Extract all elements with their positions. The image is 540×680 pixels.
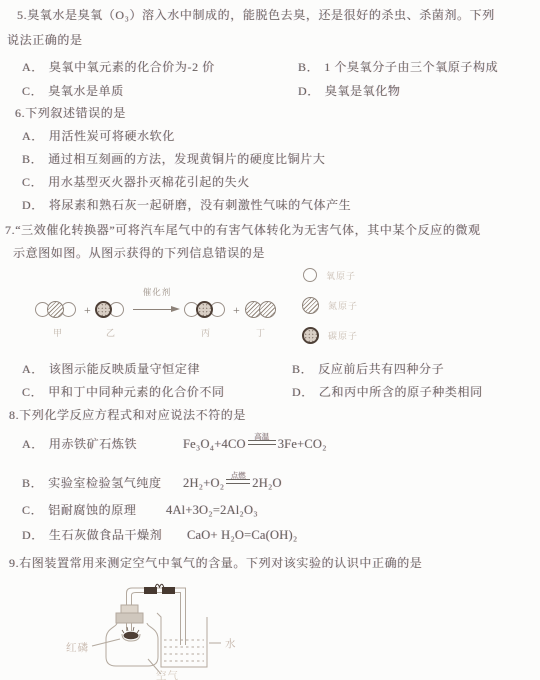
option-desc: 实验室检验氢气纯度: [48, 476, 161, 490]
legend-oxygen: 氧原子: [303, 268, 356, 282]
oxygen-atom-icon: [303, 268, 317, 282]
option-label: A．: [22, 60, 44, 74]
q5-option-b: B．1 个臭氧分子由三个氧原子构成: [298, 60, 498, 75]
molecule-yi: [95, 301, 124, 318]
nitrogen-atom-icon: [47, 301, 64, 318]
q8-option-a: A．用赤铁矿石炼铁 Fe₃O₄+4CO高温3Fe+CO₂: [22, 437, 522, 452]
q5-stem-line2: 说法正确的是: [7, 33, 83, 48]
molecule-ding: [245, 301, 276, 318]
legend-nitrogen: 氮原子: [302, 297, 358, 314]
molecule-jia: [35, 301, 76, 318]
molecule-caption: 乙: [106, 326, 116, 339]
option-text: 臭氧是氧化物: [325, 84, 401, 98]
rubber-stopper: [116, 605, 143, 623]
option-text: 将尿素和熟石灰一起研磨，没有刺激性气味的气体产生: [49, 198, 351, 212]
option-text: 乙和丙中所含的原子种类相同: [319, 385, 483, 399]
q7-stem-line2: 示意图如图。从图示获得的下列信息错误的是: [13, 246, 265, 261]
plus-sign: +: [84, 303, 91, 318]
legend-label: 碳原子: [328, 329, 358, 342]
option-label: C．: [22, 175, 43, 189]
option-label: A．: [22, 362, 44, 376]
option-text: 该图示能反映质量守恒定律: [49, 362, 200, 376]
q6-option-b: B．通过相互刻画的方法，发现黄铜片的硬度比铜片大: [22, 152, 325, 167]
option-text: 用活性炭可将硬水软化: [49, 129, 175, 143]
option-label: C．: [22, 84, 43, 98]
q7-option-c: C．甲和丁中同种元素的化合价不同: [22, 385, 225, 400]
option-text: 通过相互刻画的方法，发现黄铜片的硬度比铜片大: [48, 152, 325, 166]
chemical-equation: Fe₃O₄+4CO高温3Fe+CO₂: [183, 437, 327, 452]
legend-label: 氧原子: [326, 269, 356, 282]
option-label: D．: [292, 385, 314, 399]
option-label: B．: [292, 362, 313, 376]
chemical-equation: 4Al+3O₂=2Al₂O₃: [166, 503, 258, 518]
legend-label: 氮原子: [328, 299, 358, 312]
nitrogen-atom-icon: [302, 297, 319, 314]
nitrogen-atom-icon: [259, 301, 276, 318]
q5-stem-line1: 5.臭氧水是臭氧（O₃）溶入水中制成的，能脱色去臭，还是很好的杀虫、杀菌剂。下列: [17, 8, 495, 23]
option-desc: 铝耐腐蚀的原理: [48, 503, 136, 517]
q6-stem: 6.下列叙述错误的是: [15, 106, 126, 121]
q6-option-c: C．用水基型灭火器扑灭棉花引起的失火: [22, 175, 250, 190]
molecule-bing: [184, 301, 225, 318]
option-label: B．: [298, 60, 319, 74]
red-phosphorus-label: 红磷: [66, 641, 89, 654]
option-label: C．: [22, 503, 43, 517]
option-desc: 用赤铁矿石炼铁: [49, 437, 137, 451]
carbon-atom-icon: [196, 301, 213, 318]
q7-option-d: D．乙和丙中所含的原子种类相同: [292, 385, 483, 400]
option-label: B．: [22, 152, 43, 166]
q9-apparatus-figure: 红磷 水 空气: [58, 583, 310, 680]
q7-stem-line1: 7.“三效催化转换器”可将汽车尾气中的有害气体转化为无害气体，其中某个反应的微观: [5, 223, 481, 238]
apparatus-drawing: 红磷 水 空气: [58, 583, 310, 680]
air-label: 空气: [156, 669, 179, 680]
q8-option-c: C．铝耐腐蚀的原理 4Al+3O₂=2Al₂O₃: [22, 503, 522, 518]
molecule-caption: 甲: [53, 326, 63, 339]
q8-option-b: B．实验室检验氢气纯度 2H₂+O₂点燃2H₂O: [22, 476, 522, 491]
option-text: 甲和丁中同种元素的化合价不同: [48, 385, 224, 399]
option-text: 用水基型灭火器扑灭棉花引起的失火: [48, 175, 250, 189]
option-label: A．: [22, 437, 44, 451]
option-label: B．: [22, 476, 43, 490]
q8-option-d: D．生石灰做食品干燥剂 CaO+ H₂O=Ca(OH)₂: [22, 528, 522, 543]
legend-carbon: 碳原子: [302, 327, 358, 344]
option-label: A．: [22, 129, 44, 143]
equals-with-condition: 点燃: [226, 479, 250, 484]
option-text: 1 个臭氧分子由三个氧原子构成: [324, 60, 498, 74]
reaction-arrow-icon: [133, 306, 180, 312]
q7-option-b: B．反应前后共有四种分子: [292, 362, 444, 377]
carbon-atom-icon: [302, 327, 319, 344]
option-label: C．: [22, 385, 43, 399]
molecule-caption: 丙: [201, 326, 211, 339]
q5-option-d: D．臭氧是氧化物: [298, 84, 400, 99]
carbon-atom-icon: [95, 301, 112, 318]
catalyst-arrow-label: 催化剂: [143, 286, 172, 298]
q6-option-d: D．将尿素和熟石灰一起研磨，没有刺激性气味的气体产生: [22, 198, 351, 213]
q9-stem: 9.右图装置常用来测定空气中氧气的含量。下列对该实验的认识中正确的是: [9, 556, 422, 571]
q5-option-c: C．臭氧水是单质: [22, 84, 124, 99]
q8-stem: 8.下列化学反应方程式和对应说法不符的是: [9, 408, 246, 423]
option-text: 臭氧中氧元素的化合价为-2 价: [49, 60, 215, 74]
water-label: 水: [225, 637, 236, 650]
q5-option-a: A．臭氧中氧元素的化合价为-2 价: [22, 60, 215, 75]
option-label: D．: [22, 198, 44, 212]
option-text: 臭氧水是单质: [48, 84, 124, 98]
option-label: D．: [298, 84, 320, 98]
molecule-caption: 丁: [256, 326, 266, 339]
q6-option-a: A．用活性炭可将硬水软化: [22, 129, 175, 144]
red-phosphorus-sample: [124, 632, 139, 640]
exam-page: 5.臭氧水是臭氧（O₃）溶入水中制成的，能脱色去臭，还是很好的杀虫、杀菌剂。下列…: [0, 0, 540, 680]
chemical-equation: CaO+ H₂O=Ca(OH)₂: [187, 528, 297, 543]
equals-with-condition: 高温: [248, 440, 276, 445]
chemical-equation: 2H₂+O₂点燃2H₂O: [183, 476, 282, 491]
plus-sign: +: [233, 303, 240, 318]
option-label: D．: [22, 528, 44, 542]
option-desc: 生石灰做食品干燥剂: [49, 528, 162, 542]
q7-option-a: A．该图示能反映质量守恒定律: [22, 362, 200, 377]
option-text: 反应前后共有四种分子: [318, 362, 444, 376]
